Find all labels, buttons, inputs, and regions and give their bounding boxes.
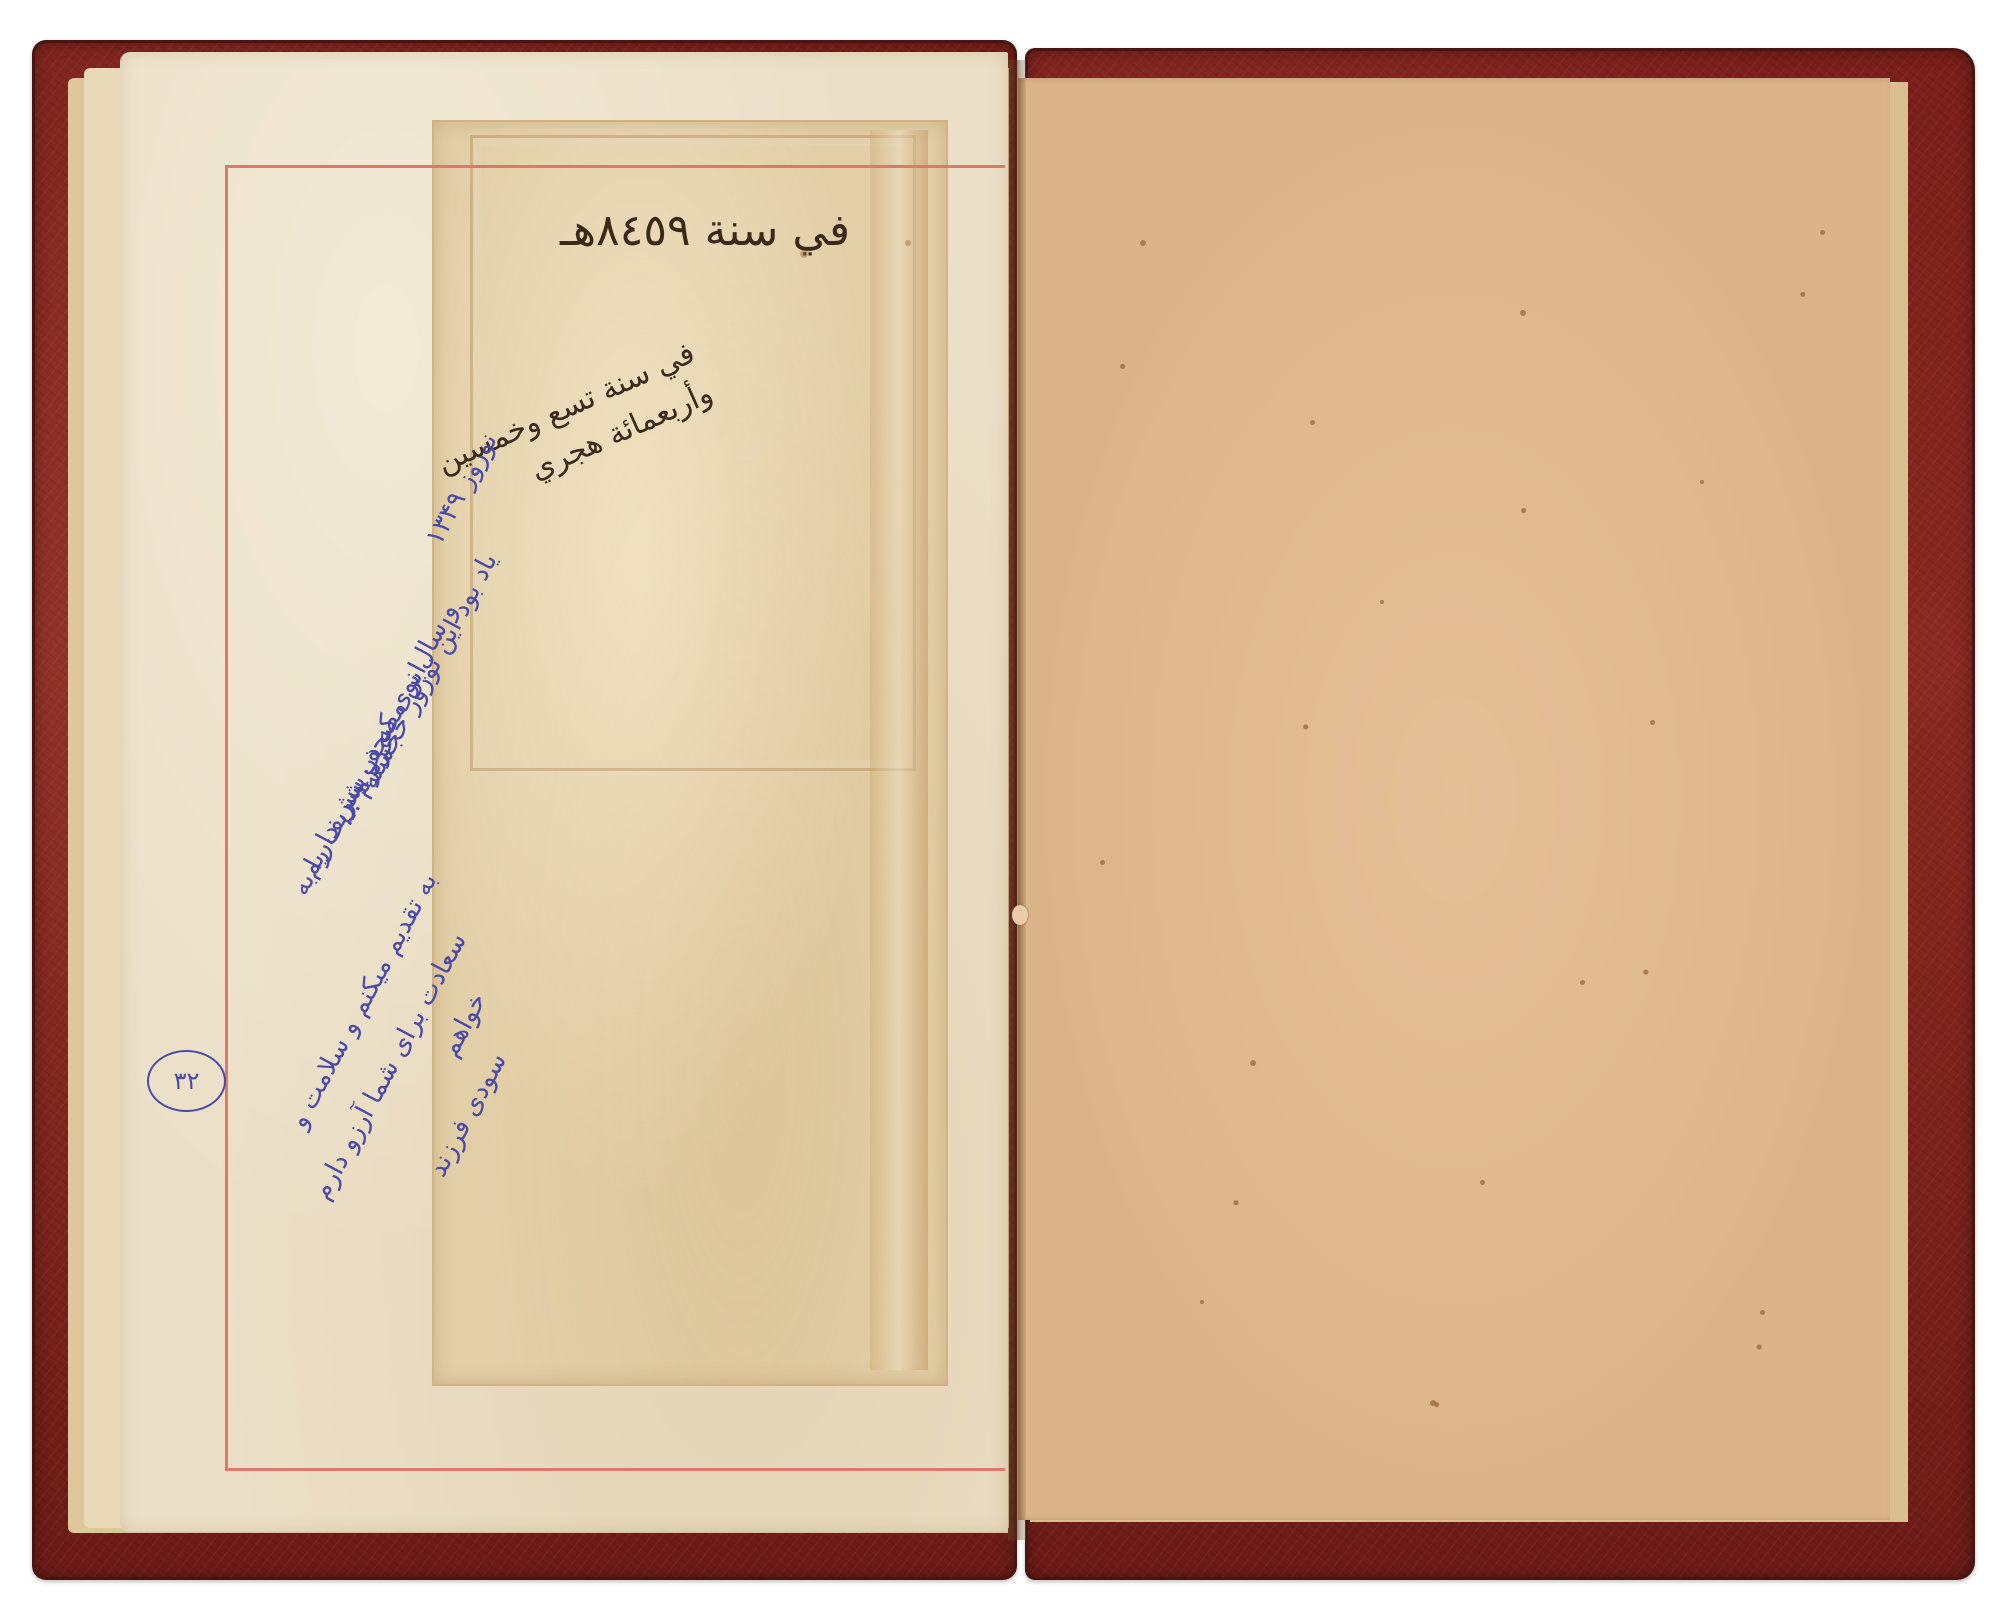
foxing-spot [1380,600,1384,604]
foxing-spot [1100,860,1105,865]
foxing-spot [1480,1180,1485,1185]
blue-ink-dedication: نوروز ۱۳۴۹ یاد بود این نوروز خجسته و سال… [150,340,480,1060]
foxing-spot [1650,720,1655,725]
foxing-spot [1820,230,1825,235]
foxing-spot [1250,1060,1256,1066]
inscription-number: في سنة ٨٤٥٩هـ [560,205,850,256]
red-rule-top [225,165,1005,168]
foxing-spot [1140,240,1146,246]
circled-folio-number: ٣٢ [147,1050,226,1112]
foxing-spot [1200,1300,1204,1304]
foxing-spot [1700,480,1704,484]
foxing-spot [1520,310,1526,316]
stain-spot [800,250,808,258]
foxing-spot [1310,420,1315,425]
foxing-spot [1760,1310,1765,1315]
right-page [1018,78,1890,1520]
book-gutter [1008,60,1026,1540]
foxing-spot [1580,980,1585,985]
inner-panel-stained-strip [870,130,928,1370]
stain-spot [905,240,911,246]
red-rule-bottom [225,1468,1005,1471]
foxing-spot [1430,1400,1436,1406]
gutter-notch [1012,905,1028,925]
